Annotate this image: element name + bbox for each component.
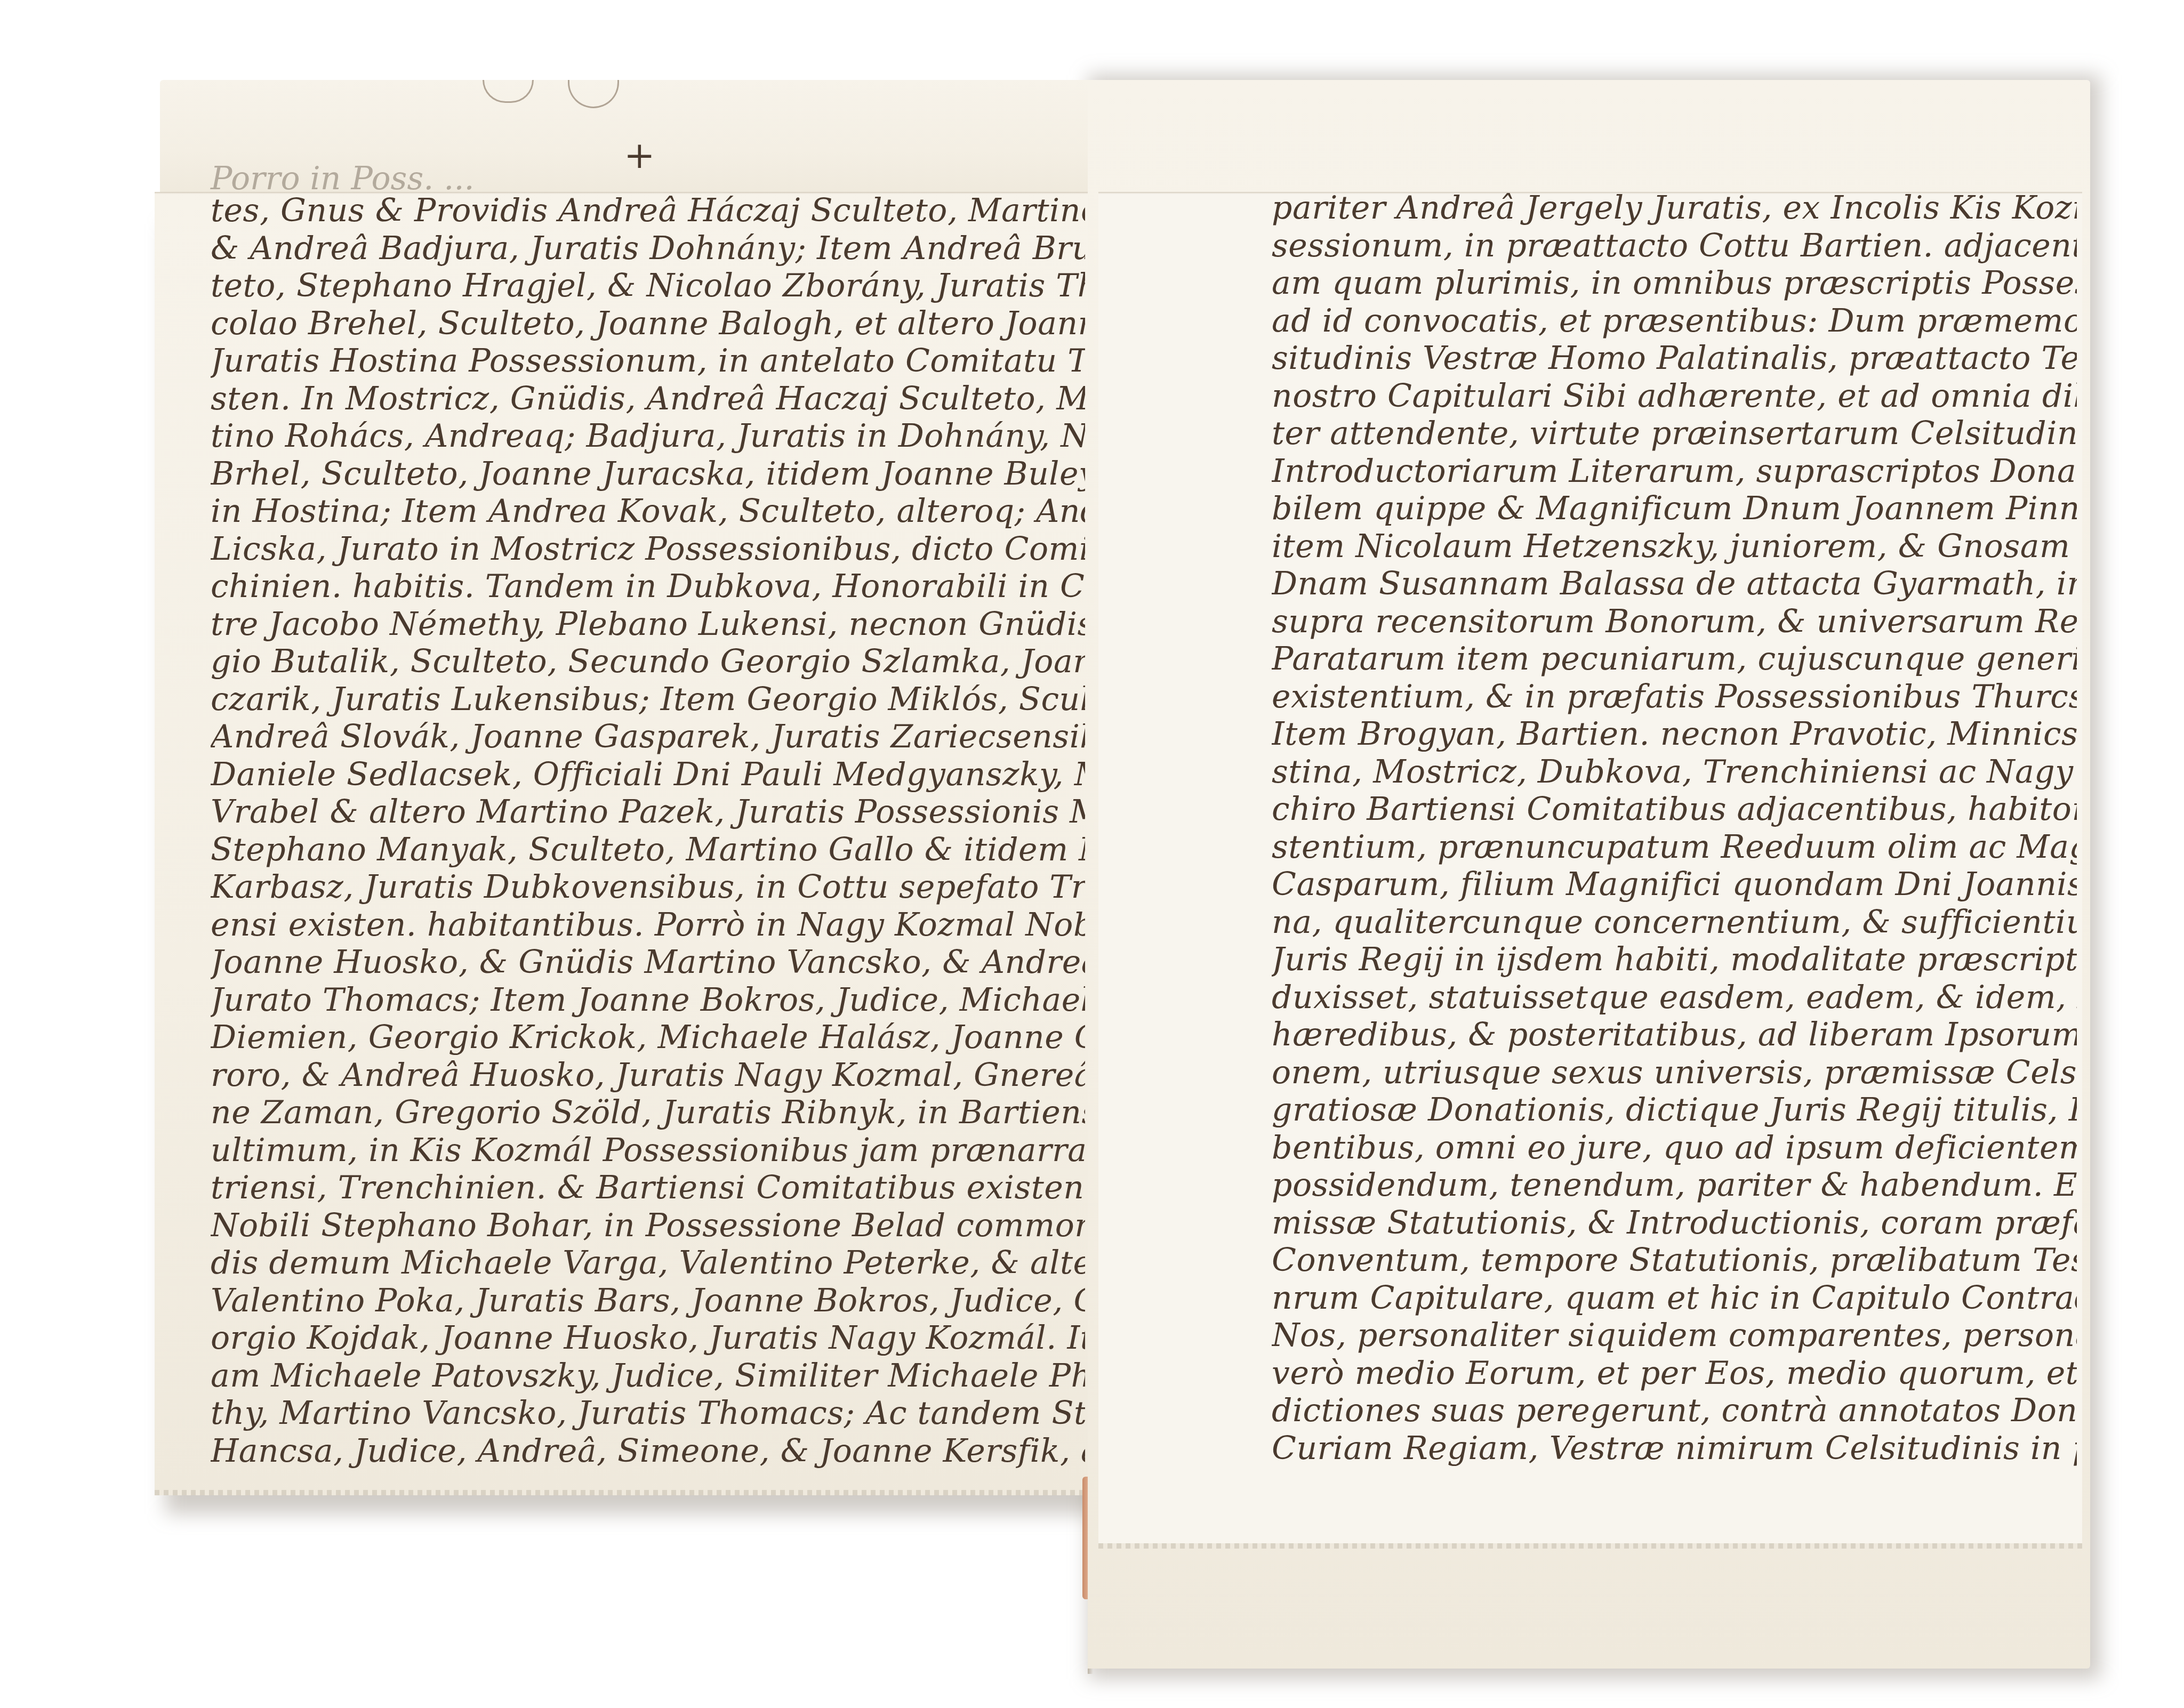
- manuscript-line: Item Brogyan, Bartien. necnon Pravotic, …: [1272, 715, 2077, 753]
- manuscript-line: Nos, personaliter siquidem comparentes, …: [1272, 1317, 2077, 1355]
- manuscript-line: ter attendente, virtute præinsertarum Ce…: [1272, 415, 2077, 453]
- manuscript-line: bentibus, omni eo jure, quo ad ipsum def…: [1272, 1129, 2077, 1167]
- right-page-torn-bottom-edge: [1098, 1543, 2082, 1549]
- manuscript-line: sten. In Mostricz, Gnüdis, Andreâ Haczaj…: [211, 380, 1085, 418]
- manuscript-line: Jurato Thomacs; Item Joanne Bokros, Judi…: [211, 981, 1085, 1019]
- manuscript-line: sessionum, in præattacto Cottu Bartien. …: [1272, 227, 2077, 265]
- manuscript-line: in Hostina; Item Andrea Kovak, Sculteto,…: [211, 493, 1085, 530]
- manuscript-line: Dnam Susannam Balassa de attacta Gyarmat…: [1272, 565, 2077, 603]
- manuscript-line: Nobili Stephano Bohar, in Possessione Be…: [211, 1207, 1085, 1245]
- manuscript-line: Hancsa, Judice, Andreâ, Simeone, & Joann…: [211, 1432, 1085, 1470]
- manuscript-line: gio Butalik, Sculteto, Secundo Georgio S…: [211, 643, 1085, 681]
- manuscript-line: chinien. habitis. Tandem in Dubkova, Hon…: [211, 568, 1085, 606]
- manuscript-line: stina, Mostricz, Dubkova, Trenchiniensi …: [1272, 753, 2077, 791]
- manuscript-line: Brhel, Sculteto, Joanne Juracska, itidem…: [211, 455, 1085, 493]
- manuscript-line: situdinis Vestræ Homo Palatinalis, præat…: [1272, 340, 2077, 377]
- manuscript-line: Valentino Poka, Juratis Bars, Joanne Bok…: [211, 1282, 1085, 1320]
- manuscript-line: Casparum, filium Magnifici quondam Dni J…: [1272, 866, 2077, 904]
- manuscript-line: Stephano Manyak, Sculteto, Martino Gallo…: [211, 831, 1085, 869]
- manuscript-line: stentium, prænuncupatum Reeduum olim ac …: [1272, 828, 2077, 866]
- manuscript-line: Curiam Regiam, Vestræ nimirum Celsitudin…: [1272, 1430, 2077, 1468]
- manuscript-line: Karbasz, Juratis Dubkovensibus, in Cottu…: [211, 868, 1085, 906]
- manuscript-line: roro, & Andreâ Huosko, Juratis Nagy Kozm…: [211, 1057, 1085, 1094]
- manuscript-line: gratiosæ Donationis, dictique Juris Regi…: [1272, 1091, 2077, 1129]
- manuscript-line: orgio Kojdak, Joanne Huosko, Juratis Nag…: [211, 1319, 1085, 1357]
- right-page-text: pariter Andreâ Jergely Juratis, ex Incol…: [1272, 189, 2077, 1467]
- manuscript-line: Conventum, tempore Statutionis, prælibat…: [1272, 1242, 2077, 1279]
- manuscript-line: Joanne Huosko, & Gnüdis Martino Vancsko,…: [211, 944, 1085, 981]
- manuscript-line: Licska, Jurato in Mostricz Possessionibu…: [211, 530, 1085, 568]
- manuscript-line: chiro Bartiensi Comitatibus adjacentibus…: [1272, 791, 2077, 828]
- manuscript-line: ad id convocatis, et præsentibus: Dum pr…: [1272, 302, 2077, 340]
- manuscript-line: Paratarum item pecuniarum, cujuscunque g…: [1272, 640, 2077, 678]
- manuscript-line: possidendum, tenendum, pariter & habendu…: [1272, 1166, 2077, 1204]
- manuscript-line: Introductoriarum Literarum, suprascripto…: [1272, 453, 2077, 490]
- manuscript-line: am quam plurimis, in omnibus præscriptis…: [1272, 264, 2077, 302]
- manuscript-line: nrum Capitulare, quam et hic in Capitulo…: [1272, 1279, 2077, 1317]
- manuscript-line: Andreâ Slovák, Joanne Gasparek, Juratis …: [211, 718, 1085, 756]
- manuscript-line: Juratis Hostina Possessionum, in antelat…: [211, 342, 1085, 380]
- manuscript-line: tre Jacobo Némethy, Plebano Lukensi, nec…: [211, 606, 1085, 643]
- manuscript-line: triensi, Trenchinien. & Bartiensi Comita…: [211, 1169, 1085, 1207]
- manuscript-line: tino Rohács, Andreaq; Badjura, Juratis i…: [211, 417, 1085, 455]
- manuscript-line: am Michaele Patovszky, Judice, Similiter…: [211, 1357, 1085, 1395]
- manuscript-line: pariter Andreâ Jergely Juratis, ex Incol…: [1272, 189, 2077, 227]
- manuscript-line: verò medio Eorum, et per Eos, medio quor…: [1272, 1355, 2077, 1392]
- manuscript-line: supra recensitorum Bonorum, & universaru…: [1272, 603, 2077, 641]
- manuscript-line: existentium, & in præfatis Possessionibu…: [1272, 678, 2077, 716]
- manuscript-line: ultimum, in Kis Kozmál Possessionibus ja…: [211, 1132, 1085, 1170]
- manuscript-line: tes, Gnus & Providis Andreâ Háczaj Scult…: [211, 192, 1085, 230]
- manuscript-line: teto, Stephano Hragjel, & Nicolao Zborán…: [211, 267, 1085, 305]
- manuscript-line: ensi existen. habitantibus. Porrò in Nag…: [211, 906, 1085, 944]
- manuscript-line: dis demum Michaele Varga, Valentino Pete…: [211, 1244, 1085, 1282]
- manuscript-line: Juris Regij in ijsdem habiti, modalitate…: [1272, 941, 2077, 979]
- manuscript-line: Diemien, Georgio Krickok, Michaele Halás…: [211, 1019, 1085, 1057]
- manuscript-line: nostro Capitulari Sibi adhærente, et ad …: [1272, 377, 2077, 415]
- manuscript-line: Vrabel & altero Martino Pazek, Juratis P…: [211, 793, 1085, 831]
- manuscript-line: duxisset, statuissetque easdem, eadem, &…: [1272, 979, 2077, 1017]
- manuscript-line: na, qualitercunque concernentium, & suff…: [1272, 904, 2077, 941]
- invocation-cross-mark: +: [624, 133, 655, 177]
- manuscript-line: ne Zaman, Gregorio Szöld, Juratis Ribnyk…: [211, 1094, 1085, 1132]
- manuscript-line: missæ Statutionis, & Introductionis, cor…: [1272, 1204, 2077, 1242]
- manuscript-line: item Nicolaum Hetzenszky, juniorem, & Gn…: [1272, 528, 2077, 566]
- manuscript-line: colao Brehel, Sculteto, Joanne Balogh, e…: [211, 305, 1085, 343]
- manuscript-line: czarik, Juratis Lukensibus; Item Georgio…: [211, 681, 1085, 719]
- manuscript-line: onem, utriusque sexus universis, præmiss…: [1272, 1054, 2077, 1092]
- manuscript-line: hæredibus, & posteritatibus, ad liberam …: [1272, 1016, 2077, 1054]
- manuscript-line: & Andreâ Badjura, Juratis Dohnány; Item …: [211, 230, 1085, 268]
- manuscript-line: thy, Martino Vancsko, Juratis Thomacs; A…: [211, 1395, 1085, 1432]
- left-page-torn-bottom-edge: [155, 1490, 1098, 1495]
- manuscript-line: Daniele Sedlacsek, Officiali Dni Pauli M…: [211, 756, 1085, 794]
- manuscript-line: dictiones suas peregerunt, contrà annota…: [1272, 1392, 2077, 1430]
- manuscript-line: bilem quippe & Magnificum Dnum Joannem P…: [1272, 490, 2077, 528]
- left-page-text: tes, Gnus & Providis Andreâ Háczaj Scult…: [211, 192, 1085, 1470]
